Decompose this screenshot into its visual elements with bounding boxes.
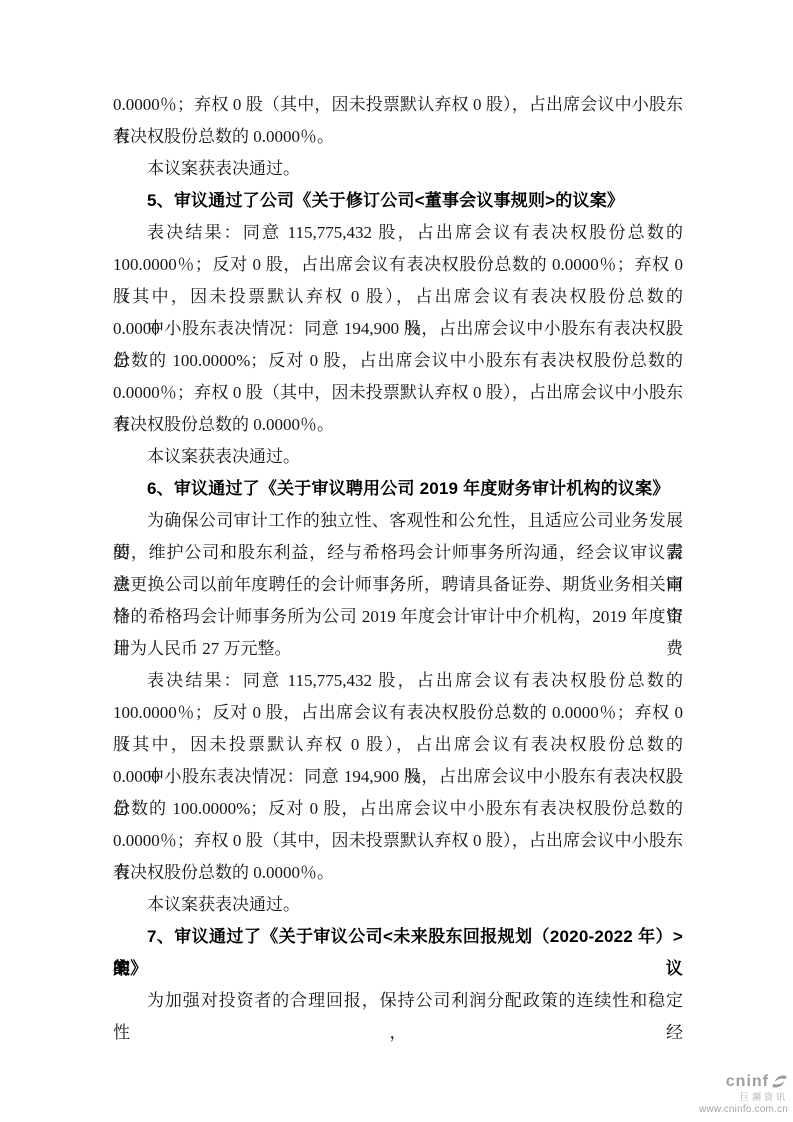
text-line: 格的希格玛会计师事务所为公司 2019 年度会计审计中介机构，2019 年度审计… bbox=[113, 601, 683, 633]
text-line: 0.0000％；弃权 0 股（其中，因未投票默认弃权 0 股），占出席会议中小股… bbox=[113, 89, 683, 121]
text-line: 0.0000％；弃权 0 股（其中，因未投票默认弃权 0 股），占出席会议中小股… bbox=[113, 377, 683, 409]
text-line: 本议案获表决通过。 bbox=[113, 441, 683, 473]
text-line: 总数的 100.0000%；反对 0 股，占出席会议中小股东有表决权股份总数的 bbox=[113, 345, 683, 377]
cninfo-logo-url: www.cninfo.com.cn bbox=[699, 1104, 788, 1116]
text-line: 为加强对投资者的合理回报，保持公司利润分配政策的连续性和稳定性，经 bbox=[113, 985, 683, 1017]
document-body: 0.0000％；弃权 0 股（其中，因未投票默认弃权 0 股），占出席会议中小股… bbox=[113, 89, 683, 1017]
text-line: 表决权股份总数的 0.0000％。 bbox=[113, 857, 683, 889]
cninfo-logo: cninf 巨潮资讯 www.cninfo.com.cn bbox=[699, 1073, 788, 1115]
text-line: 表决权股份总数的 0.0000％。 bbox=[113, 409, 683, 441]
text-line: 表决权股份总数的 0.0000％。 bbox=[113, 121, 683, 153]
cninfo-swirl-icon bbox=[771, 1073, 788, 1090]
text-line: 表决结果：同意 115,775,432 股，占出席会议有表决权股份总数的 bbox=[113, 217, 683, 249]
text-line: 意更换公司以前年度聘任的会计师事务所，聘请具备证券、期货业务相关审计资 bbox=[113, 569, 683, 601]
text-line: 表决结果：同意 115,775,432 股，占出席会议有表决权股份总数的 bbox=[113, 665, 683, 697]
text-line: 总数的 100.0000%；反对 0 股，占出席会议中小股东有表决权股份总数的 bbox=[113, 793, 683, 825]
text-line: 100.0000％；反对 0 股，占出席会议有表决权股份总数的 0.0000％；… bbox=[113, 697, 683, 729]
cninfo-logo-text: cninf bbox=[726, 1073, 769, 1091]
cninfo-brand-row: cninf bbox=[699, 1073, 788, 1091]
text-line: 要，维护公司和股东利益，经与希格玛会计师事务所沟通，经会议审议表决，同 bbox=[113, 537, 683, 569]
text-line: 100.0000％；反对 0 股，占出席会议有表决权股份总数的 0.0000％；… bbox=[113, 249, 683, 281]
text-line: （其中，因未投票默认弃权 0 股），占出席会议有表决权股份总数的 0.0000％… bbox=[113, 281, 683, 313]
text-line: 为确保公司审计工作的独立性、客观性和公允性，且适应公司业务发展的需 bbox=[113, 505, 683, 537]
proposal-heading: 5、审议通过了公司《关于修订公司<董事会议事规则>的议案》 bbox=[113, 185, 683, 217]
text-line: 中小股东表决情况：同意 194,900 股，占出席会议中小股东有表决权股份 bbox=[113, 313, 683, 345]
text-line: （其中，因未投票默认弃权 0 股），占出席会议有表决权股份总数的 0.0000％… bbox=[113, 729, 683, 761]
document-page: 0.0000％；弃权 0 股（其中，因未投票默认弃权 0 股），占出席会议中小股… bbox=[0, 0, 793, 1122]
proposal-heading: 7、审议通过了《关于审议公司<未来股东回报规划（2020-2022 年）>的议 bbox=[113, 921, 683, 953]
text-line: 本议案获表决通过。 bbox=[113, 153, 683, 185]
text-line: 本议案获表决通过。 bbox=[113, 889, 683, 921]
text-line: 中小股东表决情况：同意 194,900 股，占出席会议中小股东有表决权股份 bbox=[113, 761, 683, 793]
cninfo-logo-chinese: 巨潮资讯 bbox=[699, 1092, 788, 1102]
text-line: 0.0000％；弃权 0 股（其中，因未投票默认弃权 0 股），占出席会议中小股… bbox=[113, 825, 683, 857]
proposal-heading: 6、审议通过了《关于审议聘用公司 2019 年度财务审计机构的议案》 bbox=[113, 473, 683, 505]
